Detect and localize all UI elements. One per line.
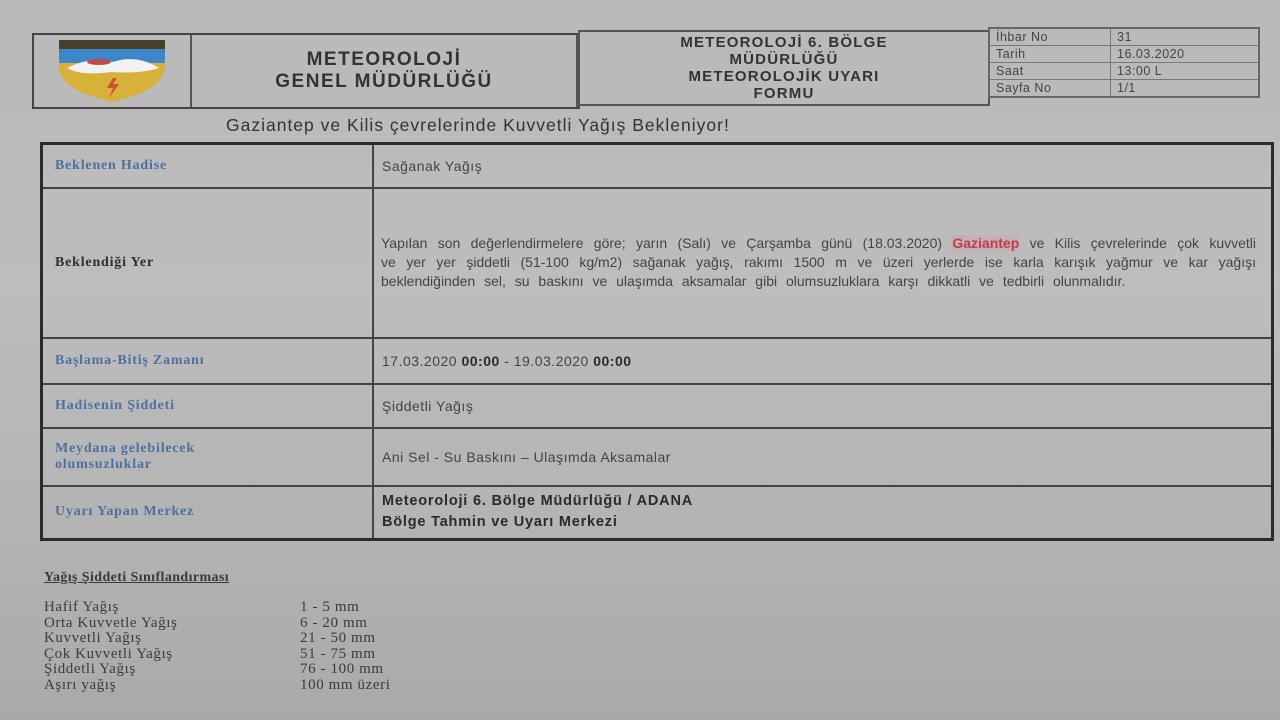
classification-row: Hafif Yağış 1 - 5 mm xyxy=(44,600,391,616)
label-warning-center: Uyarı Yapan Merkez xyxy=(42,486,374,540)
row-warning-center: Uyarı Yapan Merkez Meteoroloji 6. Bölge … xyxy=(42,486,1273,540)
region-line-1: METEOROLOJİ 6. BÖLGE xyxy=(680,34,887,51)
class-range: 6 - 20 mm xyxy=(300,616,367,632)
class-range: 21 - 50 mm xyxy=(300,631,376,647)
region-line-3: METEOROLOJİK UYARI xyxy=(688,68,879,85)
label-expected-event: Beklenen Hadise xyxy=(42,144,374,188)
row-impacts: Meydana gelebilecek olumsuzluklar Ani Se… xyxy=(42,428,1273,486)
rain-intensity-classification: Yağış Şiddeti Sınıflandırması Hafif Yağı… xyxy=(44,570,391,693)
end-date: 19.03.2020 xyxy=(514,353,589,369)
warning-headline: Gaziantep ve Kilis çevrelerinde Kuvvetli… xyxy=(226,115,1046,136)
org-line-1: METEOROLOJİ xyxy=(307,49,462,71)
row-time: Başlama-Bitiş Zamanı 17.03.2020 00:00 - … xyxy=(42,338,1273,384)
label-impacts: Meydana gelebilecek olumsuzluklar xyxy=(42,428,374,486)
org-line-2: GENEL MÜDÜRLÜĞÜ xyxy=(275,71,492,93)
classification-row: Orta Kuvvetle Yağış 6 - 20 mm xyxy=(44,616,391,632)
meta-key: İhbar No xyxy=(989,28,1111,46)
meta-value: 31 xyxy=(1111,28,1260,46)
class-range: 76 - 100 mm xyxy=(300,662,384,678)
value-location: Yapılan son değerlendirmelere göre; yarı… xyxy=(373,188,1273,338)
meta-value: 13:00 L xyxy=(1111,63,1260,80)
location-text-before: Yapılan son değerlendirmelere göre; yarı… xyxy=(381,235,952,251)
value-expected-event: Sağanak Yağış xyxy=(373,144,1273,188)
region-title: METEOROLOJİ 6. BÖLGE MÜDÜRLÜĞÜ METEOROLO… xyxy=(578,30,990,106)
meta-value: 16.03.2020 xyxy=(1111,46,1260,63)
classification-title: Yağış Şiddeti Sınıflandırması xyxy=(44,570,391,586)
value-warning-center: Meteoroloji 6. Bölge Müdürlüğü / ADANA B… xyxy=(373,486,1273,540)
logo-cell xyxy=(34,35,192,107)
class-range: 1 - 5 mm xyxy=(300,600,359,616)
warning-form-page: METEOROLOJİ GENEL MÜDÜRLÜĞÜ METEOROLOJİ … xyxy=(0,0,1280,720)
meta-row-ihbar: İhbar No 31 xyxy=(989,28,1259,46)
meta-value: 1/1 xyxy=(1111,80,1260,98)
region-line-4: FORMU xyxy=(754,85,815,102)
start-time: 00:00 xyxy=(461,353,499,369)
form-meta-table: İhbar No 31 Tarih 16.03.2020 Saat 13:00 … xyxy=(988,27,1260,98)
value-impacts: Ani Sel - Su Baskını – Ulaşımda Aksamala… xyxy=(373,428,1273,486)
region-line-2: MÜDÜRLÜĞÜ xyxy=(729,51,838,68)
row-location: Beklendiği Yer Yapılan son değerlendirme… xyxy=(42,188,1273,338)
center-line-2: Bölge Tahmin ve Uyarı Merkezi xyxy=(382,512,1270,533)
form-header: METEOROLOJİ GENEL MÜDÜRLÜĞÜ xyxy=(32,33,580,109)
meta-key: Saat xyxy=(989,63,1111,80)
label-time: Başlama-Bitiş Zamanı xyxy=(42,338,374,384)
value-time: 17.03.2020 00:00 - 19.03.2020 00:00 xyxy=(373,338,1273,384)
meta-row-sayfa: Sayfa No 1/1 xyxy=(989,80,1259,98)
meta-row-saat: Saat 13:00 L xyxy=(989,63,1259,80)
class-name: Aşırı yağış xyxy=(44,678,300,694)
value-severity: Şiddetli Yağış xyxy=(373,384,1273,428)
class-name: Hafif Yağış xyxy=(44,600,300,616)
classification-row: Çok Kuvvetli Yağış 51 - 75 mm xyxy=(44,647,391,663)
class-range: 51 - 75 mm xyxy=(300,647,376,663)
class-name: Şiddetli Yağış xyxy=(44,662,300,678)
class-name: Orta Kuvvetle Yağış xyxy=(44,616,300,632)
meta-row-tarih: Tarih 16.03.2020 xyxy=(989,46,1259,63)
start-date: 17.03.2020 xyxy=(382,353,457,369)
classification-row: Şiddetli Yağış 76 - 100 mm xyxy=(44,662,391,678)
label-impacts-line-1: Meydana gelebilecek xyxy=(55,441,371,457)
meta-key: Sayfa No xyxy=(989,80,1111,98)
location-paragraph: Yapılan son değerlendirmelere göre; yarı… xyxy=(375,234,1270,291)
label-impacts-line-2: olumsuzluklar xyxy=(55,457,371,473)
class-name: Kuvvetli Yağış xyxy=(44,631,300,647)
location-highlight: Gaziantep xyxy=(952,235,1019,251)
center-line-1: Meteoroloji 6. Bölge Müdürlüğü / ADANA xyxy=(382,491,1270,512)
row-expected-event: Beklenen Hadise Sağanak Yağış xyxy=(42,144,1273,188)
label-location: Beklendiği Yer xyxy=(42,188,374,338)
class-name: Çok Kuvvetli Yağış xyxy=(44,647,300,663)
row-severity: Hadisenin Şiddeti Şiddetli Yağış xyxy=(42,384,1273,428)
end-time: 00:00 xyxy=(593,353,631,369)
classification-row: Aşırı yağış 100 mm üzeri xyxy=(44,678,391,694)
warning-details-table: Beklenen Hadise Sağanak Yağış Beklendiği… xyxy=(40,142,1274,541)
class-range: 100 mm üzeri xyxy=(300,678,391,694)
classification-row: Kuvvetli Yağış 21 - 50 mm xyxy=(44,631,391,647)
meta-key: Tarih xyxy=(989,46,1111,63)
organization-title: METEOROLOJİ GENEL MÜDÜRLÜĞÜ xyxy=(192,35,578,107)
meteorology-shield-logo-icon xyxy=(51,38,173,104)
label-severity: Hadisenin Şiddeti xyxy=(42,384,374,428)
time-separator: - xyxy=(504,353,509,369)
